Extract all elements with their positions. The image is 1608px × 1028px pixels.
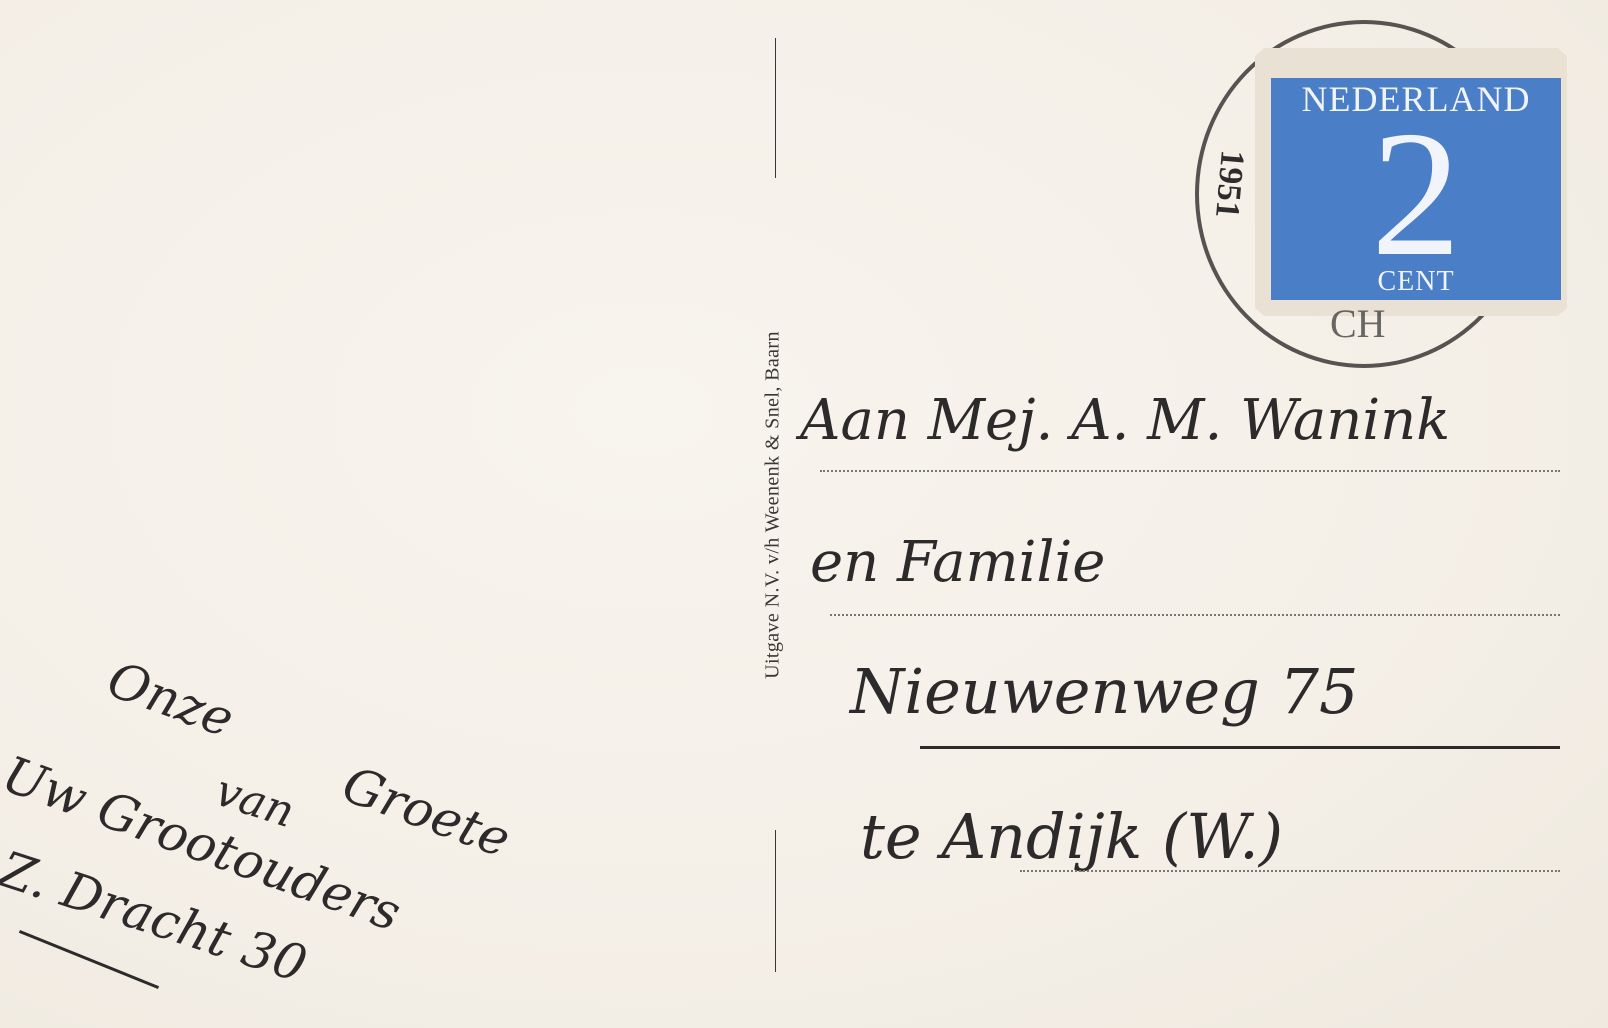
address-line-2: en Familie — [810, 530, 1105, 595]
message-line-1: Onze — [100, 650, 241, 749]
publisher-imprint: Uitgave N.V. v/h Weenenk & Snel, Baarn — [762, 331, 785, 679]
center-divider-bottom — [775, 830, 776, 972]
postcard-back: Uitgave N.V. v/h Weenenk & Snel, Baarn N… — [0, 0, 1608, 1028]
address-rule-4 — [1020, 870, 1560, 872]
stamp-unit: CENT — [1271, 266, 1561, 298]
center-divider-top — [775, 38, 776, 178]
address-rule-1 — [820, 470, 1560, 472]
address-line-3: Nieuwenweg 75 — [850, 655, 1358, 728]
postmark-place: CH — [1330, 300, 1386, 347]
postage-stamp: NEDERLAND 2 CENT — [1255, 48, 1567, 316]
postmark-year: 1951 — [1207, 148, 1251, 219]
address-line-1: Aan Mej. A. M. Wanink — [800, 388, 1450, 453]
address-rule-3 — [920, 746, 1560, 749]
message-line-2: Groete — [335, 755, 518, 869]
address-line-4: te Andijk (W.) — [860, 800, 1283, 873]
address-rule-2 — [830, 614, 1560, 616]
stamp-face: NEDERLAND 2 CENT — [1271, 78, 1561, 300]
stamp-value: 2 — [1271, 104, 1561, 284]
